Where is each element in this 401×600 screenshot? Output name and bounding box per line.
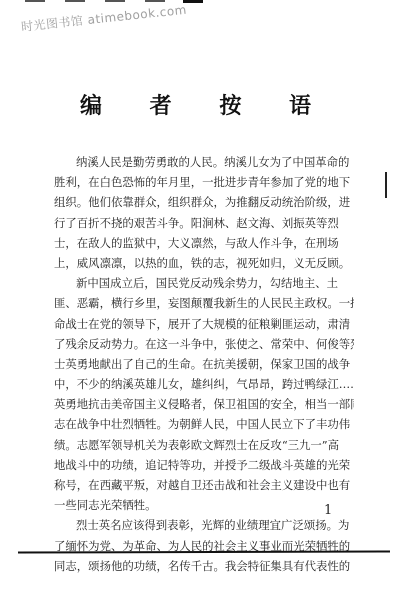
text-line: 同志，颂扬他的功绩，名传千古。我会特征集具有代表性的 (54, 556, 354, 576)
text-line: 绩。志愿军领导机关为表彰欧文辉烈士在反攻“三九一”高 (54, 435, 354, 455)
text-line: 志在战争中壮烈牺牲。为朝鲜人民，中国人民立下了丰功伟 (54, 414, 354, 434)
text-line: 英勇地抗击美帝国主义侵略者，保卫祖国的安全，相当一部同 (54, 394, 354, 414)
text-line: 行了百折不挠的艰苦斗争。阳涧林、赵文海、刘振英等烈 (54, 213, 354, 233)
text-line: 称号，在西藏平叛，对越自卫还击战和社会主义建设中也有 (54, 475, 354, 495)
text-line: 烈士英名应该得到表彰，光辉的业绩理宜广泛颂扬。为 (54, 515, 354, 535)
text-line: 胜利，在白色恐怖的年月里，一批进步青年参加了党的地下 (54, 172, 354, 192)
text-line: 纳溪人民是勤劳勇敢的人民。纳溪儿女为了中国革命的 (54, 152, 354, 172)
text-line: 中，不少的纳溪英雄儿女，雄纠纠，气昂昂，跨过鸭绿江…… (54, 374, 354, 394)
text-line: 组织。他们依靠群众，组织群众，为推翻反动统治阶级，进 (54, 192, 354, 212)
text-line: 匪、恶霸，横行乡里，妄图颠覆我新生的人民民主政权。一批革 (54, 293, 354, 313)
watermark: 时光图书馆 atimebook.com (20, 1, 187, 35)
page-title: 编 者 按 语 (0, 89, 401, 120)
text-line: 士英勇地献出了自己的生命。在抗美援朝，保家卫国的战争 (54, 354, 354, 374)
text-line: 了残余反动势力。在这一斗争中，张使之、常荣中、何俊等烈 (54, 334, 354, 354)
text-line: 一些同志光荣牺牲。 (54, 495, 354, 515)
text-line: 地战斗中的功绩，追记特等功，并授予二级战斗英雄的光荣 (54, 455, 354, 475)
scan-edge-mark (385, 172, 387, 198)
body-text: 纳溪人民是勤劳勇敢的人民。纳溪儿女为了中国革命的 胜利，在白色恐怖的年月里，一批… (54, 152, 354, 576)
text-line: 新中国成立后，国民党反动残余势力，勾结地主、土 (54, 273, 354, 293)
text-line: 士，在敌人的监狱中，大义凛然，与敌人作斗争，在刑场 (54, 233, 354, 253)
scan-top-marks (0, 0, 401, 4)
text-line: 上，威风凛凛，以热的血，铁的志，视死如归，义无反顾。 (54, 253, 354, 273)
text-line: 命战士在党的领导下，展开了大规模的征粮剿匪运动，肃清 (54, 314, 354, 334)
page-number: 1 (324, 503, 332, 518)
